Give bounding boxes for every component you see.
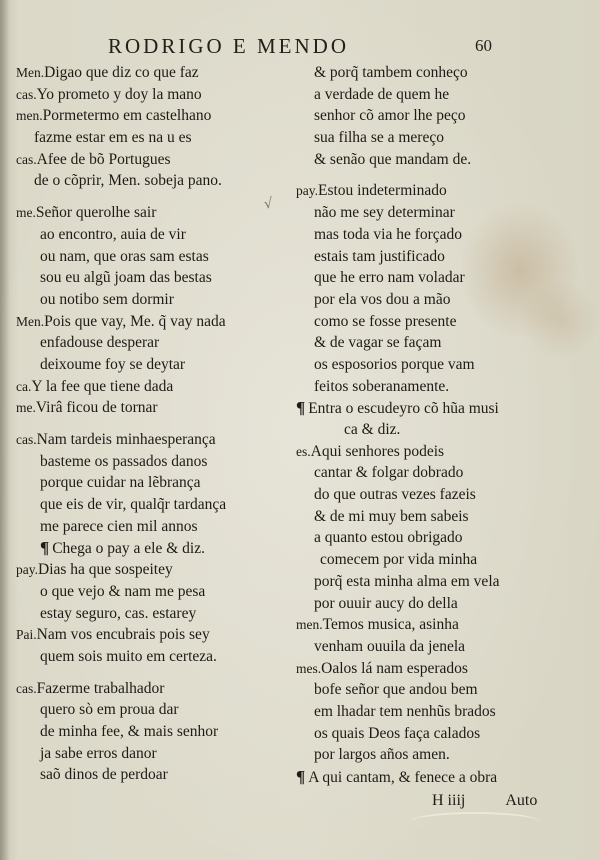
stanza-gap bbox=[16, 668, 226, 678]
verse-text: como se fosse presente bbox=[314, 313, 456, 330]
verse-text: do que outras vezes fazeis bbox=[314, 486, 476, 503]
verse-line: Men.Digao que diz co que faz bbox=[16, 62, 226, 84]
verse-text: de minha fee, & mais senhor bbox=[40, 723, 218, 740]
verse-line: Pai.Nam vos encubrais pois sey bbox=[16, 624, 226, 646]
verse-line: pay.Dias ha que sospeitey bbox=[16, 559, 226, 581]
verse-text: feitos soberanamente. bbox=[314, 378, 449, 395]
right-column-verse: & porq̃ tambem conheçoa verdade de quem … bbox=[296, 62, 500, 788]
pilcrow-icon: ¶ bbox=[296, 767, 305, 786]
verse-line: por ela vos dou a mão bbox=[296, 289, 500, 311]
verse-line: o que vejo & nam me pesa bbox=[16, 581, 226, 603]
verse-line: bofe señor que andou bem bbox=[296, 679, 500, 701]
margin-check-mark-icon: √ bbox=[263, 195, 274, 212]
verse-text: estay seguro, cas. estarey bbox=[40, 605, 196, 622]
verse-line: os esposorios porque vam bbox=[296, 354, 500, 376]
catchword: Auto bbox=[505, 792, 537, 810]
verse-line: ou notibo sem dormir bbox=[16, 289, 226, 311]
verse-line: deixoume foy se deytar bbox=[16, 354, 226, 376]
verse-line: os quais Deos faça calados bbox=[296, 723, 500, 745]
speaker-label: es. bbox=[296, 444, 311, 459]
verse-text: fazme estar em es na u es bbox=[34, 129, 192, 146]
verse-text: Estou indeterminado bbox=[318, 182, 447, 199]
verse-text: Fazerme trabalhador bbox=[37, 680, 165, 697]
verse-text: ao encontro, auia de vir bbox=[40, 226, 186, 243]
verse-text: mas toda via he forçado bbox=[314, 226, 462, 243]
verse-text: quero sò em proua dar bbox=[40, 701, 179, 718]
verse-line: não me sey determinar bbox=[296, 202, 500, 224]
verse-text: Entra o escudeyro cõ hũa musi bbox=[308, 400, 499, 417]
verse-text: em lhadar tem nenhũs brados bbox=[314, 703, 496, 720]
stanza-gap bbox=[16, 192, 226, 202]
verse-line: ja sabe erros danor bbox=[16, 743, 226, 765]
verse-line: mas toda via he forçado bbox=[296, 224, 500, 246]
running-head: RODRIGO E MENDO bbox=[108, 34, 349, 59]
verse-text: o que vejo & nam me pesa bbox=[40, 583, 205, 600]
verse-line: pay.Estou indeterminado bbox=[296, 180, 500, 202]
verse-text: A qui cantam, & fenece a obra bbox=[308, 769, 497, 786]
verse-line: & de mi muy bem sabeis bbox=[296, 506, 500, 528]
folio-number: 60 bbox=[475, 36, 492, 56]
verse-text: que he erro nam voladar bbox=[314, 269, 465, 286]
speaker-label: cas. bbox=[16, 432, 37, 447]
verse-text: não me sey determinar bbox=[314, 204, 455, 221]
verse-text: Chega o pay a ele & diz. bbox=[52, 540, 205, 557]
verse-text: ou notibo sem dormir bbox=[40, 291, 174, 308]
verse-text: por ouuir aucy do della bbox=[314, 595, 458, 612]
left-column-verse: Men.Digao que diz co que fazcas.Yo prome… bbox=[16, 62, 226, 786]
verse-text: porq̃ esta minha alma em vela bbox=[314, 573, 500, 590]
verse-text: porque cuidar na lẽbrança bbox=[40, 474, 201, 491]
verse-line: ca & diz. bbox=[296, 419, 500, 441]
page-footer: H iiij Auto bbox=[432, 792, 537, 810]
verse-text: Aqui senhores podeis bbox=[311, 443, 444, 460]
verse-line: fazme estar em es na u es bbox=[16, 127, 226, 149]
verse-text: cantar & folgar dobrado bbox=[314, 464, 463, 481]
verse-line: porque cuidar na lẽbrança bbox=[16, 472, 226, 494]
stage-direction: ¶Entra o escudeyro cõ hũa musi bbox=[296, 397, 500, 419]
verse-line: Men.Pois que vay, Me. q̃ vay nada bbox=[16, 311, 226, 333]
verse-line: ca.Y la fee que tiene dada bbox=[16, 376, 226, 398]
verse-line: que he erro nam voladar bbox=[296, 267, 500, 289]
verse-text: & porq̃ tambem conheço bbox=[314, 64, 468, 81]
verse-line: men.Temos musica, asinha bbox=[296, 614, 500, 636]
verse-line: sou eu algũ joam das bestas bbox=[16, 267, 226, 289]
speaker-label: cas. bbox=[16, 87, 37, 102]
spine-shadow bbox=[0, 0, 10, 860]
verse-text: venham ouuila da jenela bbox=[314, 638, 465, 655]
verse-text: Oalos lá nam esperados bbox=[321, 660, 468, 677]
verse-text: os esposorios porque vam bbox=[314, 356, 475, 373]
verse-line: senhor cõ amor lhe peço bbox=[296, 105, 500, 127]
verse-text: sua filha se a mereço bbox=[314, 129, 444, 146]
verse-text: ja sabe erros danor bbox=[40, 745, 157, 762]
verse-text: ca & diz. bbox=[344, 421, 400, 438]
signature-mark: H iiij bbox=[432, 792, 465, 810]
speaker-label: pay. bbox=[296, 183, 318, 198]
speaker-label: cas. bbox=[16, 681, 37, 696]
verse-text: Nam tardeis minhaesperança bbox=[37, 431, 216, 448]
verse-line: venham ouuila da jenela bbox=[296, 636, 500, 658]
verse-text: quem sois muito em certeza. bbox=[40, 648, 217, 665]
verse-line: por ouuir aucy do della bbox=[296, 593, 500, 615]
speaker-label: pay. bbox=[16, 562, 38, 577]
verse-line: do que outras vezes fazeis bbox=[296, 484, 500, 506]
stage-direction: ¶A qui cantam, & fenece a obra bbox=[296, 766, 500, 788]
verse-text: Yo prometo y doy la mano bbox=[37, 86, 202, 103]
verse-line: de minha fee, & mais senhor bbox=[16, 721, 226, 743]
verse-line: cas.Afee de bõ Portugues bbox=[16, 149, 226, 171]
verse-text: bofe señor que andou bem bbox=[314, 681, 478, 698]
verse-text: & de mi muy bem sabeis bbox=[314, 508, 469, 525]
verse-text: Señor querolhe sair bbox=[36, 204, 157, 221]
verse-text: deixoume foy se deytar bbox=[40, 356, 185, 373]
verse-text: & senão que mandam de. bbox=[314, 151, 471, 168]
pilcrow-icon: ¶ bbox=[296, 398, 305, 417]
verse-line: es.Aqui senhores podeis bbox=[296, 441, 500, 463]
verse-line: de o cõprir, Men. sobeja pano. bbox=[16, 170, 226, 192]
verse-line: como se fosse presente bbox=[296, 311, 500, 333]
speaker-label: me. bbox=[16, 400, 36, 415]
verse-line: ou nam, que oras sam estas bbox=[16, 246, 226, 268]
verse-line: ao encontro, auia de vir bbox=[16, 224, 226, 246]
stanza-gap bbox=[16, 419, 226, 429]
verse-line: porq̃ esta minha alma em vela bbox=[296, 571, 500, 593]
speaker-label: men. bbox=[296, 617, 323, 632]
verse-line: comecem por vida minha bbox=[296, 549, 500, 571]
verse-line: sua filha se a mereço bbox=[296, 127, 500, 149]
speaker-label: Pai. bbox=[16, 627, 37, 642]
verse-text: senhor cõ amor lhe peço bbox=[314, 107, 466, 124]
verse-text: sou eu algũ joam das bestas bbox=[40, 269, 212, 286]
verse-text: Y la fee que tiene dada bbox=[31, 378, 173, 395]
verse-line: me parece cien mil annos bbox=[16, 516, 226, 538]
verse-text: comecem por vida minha bbox=[320, 551, 477, 568]
verse-text: ou nam, que oras sam estas bbox=[40, 248, 209, 265]
verse-line: men.Pormetermo em castelhano bbox=[16, 105, 226, 127]
verse-text: Digao que diz co que faz bbox=[44, 64, 199, 81]
verse-line: que eis de vir, qualq̃r tardança bbox=[16, 494, 226, 516]
verse-text: a quanto estou obrigado bbox=[314, 529, 463, 546]
verse-line: a quanto estou obrigado bbox=[296, 527, 500, 549]
speaker-label: cas. bbox=[16, 152, 37, 167]
pilcrow-icon: ¶ bbox=[40, 538, 49, 557]
verse-line: estais tam justificado bbox=[296, 246, 500, 268]
verse-text: estais tam justificado bbox=[314, 248, 445, 265]
speaker-label: men. bbox=[16, 108, 43, 123]
verse-line: basteme os passados danos bbox=[16, 451, 226, 473]
speaker-label: mes. bbox=[296, 661, 321, 676]
stanza-gap bbox=[296, 170, 500, 180]
verse-line: quem sois muito em certeza. bbox=[16, 646, 226, 668]
verse-line: & senão que mandam de. bbox=[296, 149, 500, 171]
book-page: RODRIGO E MENDO 60 √ Men.Digao que diz c… bbox=[0, 0, 600, 860]
verse-text: Pormetermo em castelhano bbox=[43, 107, 212, 124]
verse-line: estay seguro, cas. estarey bbox=[16, 603, 226, 625]
verse-line: em lhadar tem nenhũs brados bbox=[296, 701, 500, 723]
verse-line: & porq̃ tambem conheço bbox=[296, 62, 500, 84]
speaker-label: Men. bbox=[16, 65, 44, 80]
stage-direction: ¶Chega o pay a ele & diz. bbox=[16, 537, 226, 559]
verse-text: Virâ ficou de tornar bbox=[36, 399, 158, 416]
verse-text: por ela vos dou a mão bbox=[314, 291, 450, 308]
verse-text: me parece cien mil annos bbox=[40, 518, 198, 535]
verse-line: a verdade de quem he bbox=[296, 84, 500, 106]
verse-line: por largos años amen. bbox=[296, 744, 500, 766]
verse-line: cas.Fazerme trabalhador bbox=[16, 678, 226, 700]
verse-line: & de vagar se façam bbox=[296, 332, 500, 354]
verse-text: por largos años amen. bbox=[314, 746, 450, 763]
verse-line: mes.Oalos lá nam esperados bbox=[296, 658, 500, 680]
verse-text: Nam vos encubrais pois sey bbox=[37, 626, 210, 643]
verse-text: Pois que vay, Me. q̃ vay nada bbox=[44, 313, 226, 330]
verse-text: saõ dinos de perdoar bbox=[40, 766, 168, 783]
speaker-label: Men. bbox=[16, 314, 44, 329]
speaker-label: me. bbox=[16, 205, 36, 220]
verse-text: & de vagar se façam bbox=[314, 334, 441, 351]
verse-text: Afee de bõ Portugues bbox=[37, 151, 171, 168]
verse-text: basteme os passados danos bbox=[40, 453, 207, 470]
verse-text: Temos musica, asinha bbox=[323, 616, 459, 633]
verse-text: de o cõprir, Men. sobeja pano. bbox=[34, 172, 222, 189]
paper-stain bbox=[410, 812, 540, 832]
verse-line: cas.Nam tardeis minhaesperança bbox=[16, 429, 226, 451]
verse-line: me.Señor querolhe sair bbox=[16, 202, 226, 224]
verse-line: feitos soberanamente. bbox=[296, 376, 500, 398]
verse-text: que eis de vir, qualq̃r tardança bbox=[40, 496, 226, 513]
verse-line: cantar & folgar dobrado bbox=[296, 462, 500, 484]
verse-line: saõ dinos de perdoar bbox=[16, 764, 226, 786]
verse-line: quero sò em proua dar bbox=[16, 699, 226, 721]
verse-text: enfadouse desperar bbox=[40, 334, 159, 351]
verse-text: os quais Deos faça calados bbox=[314, 725, 480, 742]
verse-line: enfadouse desperar bbox=[16, 332, 226, 354]
verse-text: Dias ha que sospeitey bbox=[38, 561, 173, 578]
verse-line: me.Virâ ficou de tornar bbox=[16, 397, 226, 419]
verse-line: cas.Yo prometo y doy la mano bbox=[16, 84, 226, 106]
verse-text: a verdade de quem he bbox=[314, 86, 449, 103]
speaker-label: ca. bbox=[16, 379, 31, 394]
